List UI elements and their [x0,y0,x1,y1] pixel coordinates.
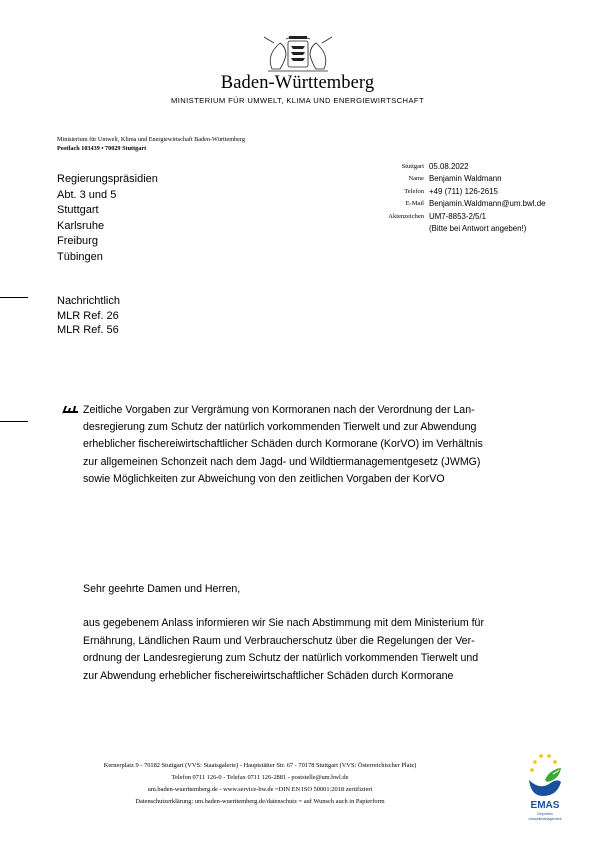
info-label: Name [360,175,429,182]
svg-text:EMAS: EMAS [531,800,560,811]
fold-mark [0,421,28,422]
state-name: Baden-Württemberg [0,73,595,94]
recipient-line: Freiburg [57,234,158,250]
recipient-line: Karlsruhe [57,219,158,235]
coat-of-arms-icon [258,33,338,75]
subject-marker-icon [61,405,79,415]
body-line: aus gegebenem Anlass informieren wir Sie… [83,615,543,633]
info-value: +49 (711) 126-2615 [429,187,498,196]
sender-line: Ministerium für Umwelt, Klima und Energi… [57,136,245,143]
info-row-note: (Bitte bei Antwort angeben!) [360,223,545,236]
info-label: E-Mail [360,200,429,207]
recipient-line: Tübingen [57,250,158,266]
recipient-address: Regierungspräsidien Abt. 3 und 5 Stuttga… [57,172,158,266]
body-line: ordnung der Landesregierung zum Schutz d… [83,650,543,668]
body-line: zur Abwendung erheblicher fischereiwirts… [83,668,543,686]
footer-privacy: Datenschutzerklärung: um.baden-wuerttemb… [60,796,460,808]
cc-line: MLR Ref. 26 [57,309,120,324]
salutation: Sehr geehrte Damen und Herren, [83,583,240,595]
subject-line: zur allgemeinen Schonzeit nach dem Jagd-… [83,454,543,471]
svg-text:Geprüftes: Geprüftes [537,812,553,816]
info-row-email: E-Mail Benjamin.Waldmann@um.bwl.de [360,198,545,211]
fold-mark [0,297,28,298]
info-block: Stuttgart 05.08.2022 Name Benjamin Waldm… [360,160,545,235]
svg-text:Umweltmanagement: Umweltmanagement [529,817,562,821]
info-row-date: Stuttgart 05.08.2022 [360,160,545,173]
footer-address: Kernerplatz 9 - 70182 Stuttgart (VVS: St… [60,760,460,772]
emas-logo-icon: EMAS Geprüftes Umweltmanagement [523,750,567,826]
cc-line: Nachrichtlich [57,294,120,309]
cc-line: MLR Ref. 56 [57,323,120,338]
footer: Kernerplatz 9 - 70182 Stuttgart (VVS: St… [60,760,460,808]
subject-line: erheblicher fischereiwirtschaftlicher Sc… [83,436,543,453]
subject: Zeitliche Vorgaben zur Vergrämung von Ko… [83,402,543,488]
cc-block: Nachrichtlich MLR Ref. 26 MLR Ref. 56 [57,294,120,338]
info-row-name: Name Benjamin Waldmann [360,173,545,186]
info-value: 05.08.2022 [429,162,469,171]
footer-contact: Telefon 0711 126-0 - Telefax 0711 126-28… [60,772,460,784]
info-value: Benjamin Waldmann [429,174,502,183]
recipient-line: Abt. 3 und 5 [57,188,158,204]
subject-line: desregierung zum Schutz der natürlich vo… [83,419,543,436]
subject-line: Zeitliche Vorgaben zur Vergrämung von Ko… [83,402,543,419]
recipient-line: Stuttgart [57,203,158,219]
email-link[interactable]: Benjamin.Waldmann@um.bwl.de [429,199,545,208]
info-label: Aktenzeichen [360,213,429,220]
info-label: Stuttgart [360,163,429,170]
recipient-line: Regierungspräsidien [57,172,158,188]
body-paragraph: aus gegebenem Anlass informieren wir Sie… [83,615,543,685]
sender-postbox: Postfach 103439 • 70029 Stuttgart [57,145,146,152]
info-row-reference: Aktenzeichen UM7-8853-2/5/1 [360,210,545,223]
info-value: UM7-8853-2/5/1 [429,212,486,221]
body-line: Ernährung, Ländlichen Raum und Verbrauch… [83,633,543,651]
subject-line: sowie Möglichkeiten zur Abweichung von d… [83,471,543,488]
footer-web: um.baden-wuerttemberg.de - www.service-b… [60,784,460,796]
info-label: Telefon [360,188,429,195]
info-note: (Bitte bei Antwort angeben!) [429,224,526,233]
ministry-name: MINISTERIUM FÜR UMWELT, KLIMA UND ENERGI… [0,96,595,105]
info-row-phone: Telefon +49 (711) 126-2615 [360,185,545,198]
